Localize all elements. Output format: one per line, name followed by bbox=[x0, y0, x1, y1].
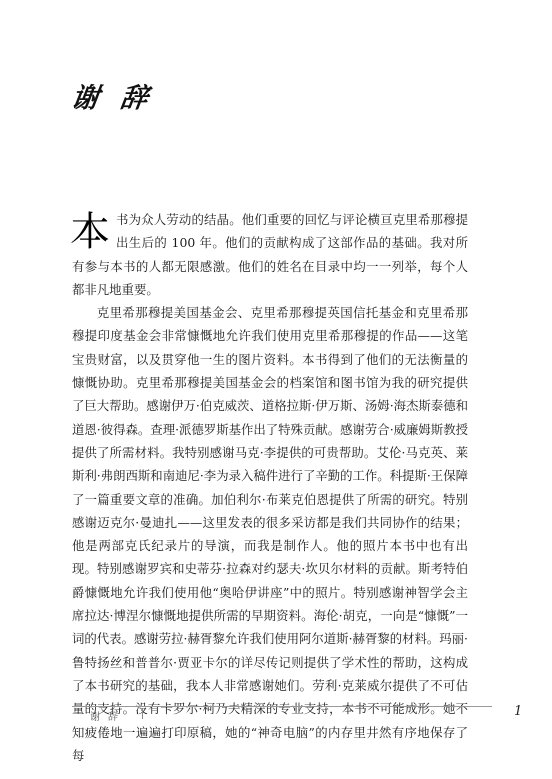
page-number: 1 bbox=[514, 704, 522, 719]
body-text: 本书为众人劳动的结晶。他们重要的回忆与评论横亘克里希那穆提出生后的 100 年。… bbox=[72, 208, 468, 767]
footer-rule bbox=[72, 706, 492, 707]
paragraph-1-text: 书为众人劳动的结晶。他们重要的回忆与评论横亘克里希那穆提出生后的 100 年。他… bbox=[72, 212, 468, 297]
paragraph-2: 克里希那穆提美国基金会、克里希那穆提英国信托基金和克里希那穆提印度基金会非常慷慨… bbox=[72, 301, 468, 767]
chapter-title: 谢辞 bbox=[69, 76, 172, 115]
footer-divider bbox=[142, 708, 143, 719]
document-page: 谢辞 本书为众人劳动的结晶。他们重要的回忆与评论横亘克里希那穆提出生后的 100… bbox=[0, 0, 552, 779]
drop-cap: 本 bbox=[70, 212, 110, 252]
running-head: 谢辞 bbox=[90, 708, 126, 723]
paragraph-1: 本书为众人劳动的结晶。他们重要的回忆与评论横亘克里希那穆提出生后的 100 年。… bbox=[72, 208, 468, 301]
